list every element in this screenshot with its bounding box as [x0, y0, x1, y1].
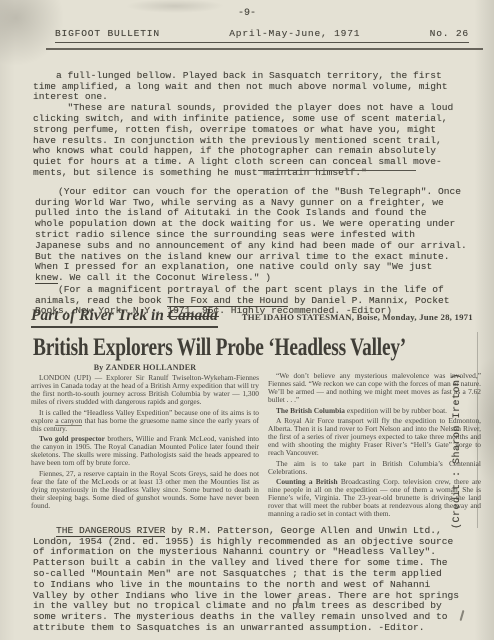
clipping-bold-lead: The British Columbia — [276, 406, 345, 415]
clipping-kicker: Part of River Trek in Canada — [31, 307, 218, 328]
clipping-right-column: “We don’t believe any mysterious malevol… — [268, 364, 481, 521]
typed-paragraph-dangerous-river: THE DANGEROUS RIVER by R.M. Patterson, G… — [33, 515, 485, 640]
clipping-left-column: By ZANDER HOLLANDER LONDON (UPI) — Explo… — [31, 364, 259, 521]
clipping-paragraph: Fiennes, 27, a reserve captain in the Ro… — [31, 470, 259, 510]
clipping-columns: By ZANDER HOLLANDER LONDON (UPI) — Explo… — [31, 364, 481, 521]
masthead-date: April-May-June, 1971 — [229, 29, 360, 40]
masthead-rule — [46, 48, 483, 50]
clipping-text: LONDON (UPI) — Explorer Sir Ranulf Twise… — [31, 373, 259, 406]
masthead: BIGFOOT BULLETIN April-May-June, 1971 No… — [55, 29, 469, 43]
typed-text: a full-lunged bellow. Played back in Sas… — [33, 70, 453, 178]
clipping-paragraph: LONDON (UPI) — Explorer Sir Ranulf Twise… — [31, 374, 259, 406]
typed-text: by R.M. Patterson, George Allen and Unwi… — [33, 525, 459, 633]
clipping-kicker-row: Part of River Trek in Canada THE IDAHO S… — [31, 307, 481, 328]
clipping-edge-line — [477, 332, 478, 528]
clipping-paragraph: The British Columbia expedition will be … — [268, 407, 481, 415]
clipping-paragraph: The aim is to take part in British Colum… — [268, 460, 481, 476]
masthead-issue-number: No. 26 — [430, 29, 469, 40]
clipping-text: expedition will be by rubber boat. — [345, 406, 447, 415]
clipping-paragraph: It is called the “Headless Valley Expedi… — [31, 409, 259, 433]
typed-text: (Your editor can vouch for the operation… — [35, 186, 467, 273]
page-number: -9- — [0, 9, 494, 20]
section-divider-rule — [258, 170, 416, 171]
newsletter-title: BIGFOOT BULLETIN — [55, 29, 160, 40]
photo-credit-vertical: (Credit : Sharon Ireton) — [451, 337, 465, 529]
clipping-text: Fiennes, 27, a reserve captain in the Ro… — [31, 469, 259, 510]
clipping-paragraph: A Royal Air Force transport will fly the… — [268, 417, 481, 457]
newspaper-clipping: Part of River Trek in Canada THE IDAHO S… — [31, 307, 481, 521]
scanned-newsletter-page: -9- BIGFOOT BULLETIN April-May-June, 197… — [0, 0, 494, 640]
clipping-byline: By ZANDER HOLLANDER — [31, 364, 259, 372]
clipping-paragraph: Counting a British Broadcasting Corp. te… — [268, 478, 481, 518]
clipping-headline: British Explorers Will Probe ‘Headless V… — [33, 332, 481, 360]
clipping-paragraph: “We don’t believe any mysterious malevol… — [268, 372, 481, 404]
clipping-paragraph: Two gold prospector brothers, Willie and… — [31, 435, 259, 467]
clipping-text: The aim is to take part in British Colum… — [268, 459, 481, 476]
clipping-text: “We don’t believe any mysterious malevol… — [268, 371, 481, 404]
clipping-text: A Royal Air Force transport will fly the… — [268, 416, 481, 457]
clipping-headline-text: British Explorers Will Probe ‘Headless V… — [33, 332, 406, 362]
clipping-source-line: THE IDAHO STATESMAN, Boise, Monday, June… — [242, 312, 473, 322]
